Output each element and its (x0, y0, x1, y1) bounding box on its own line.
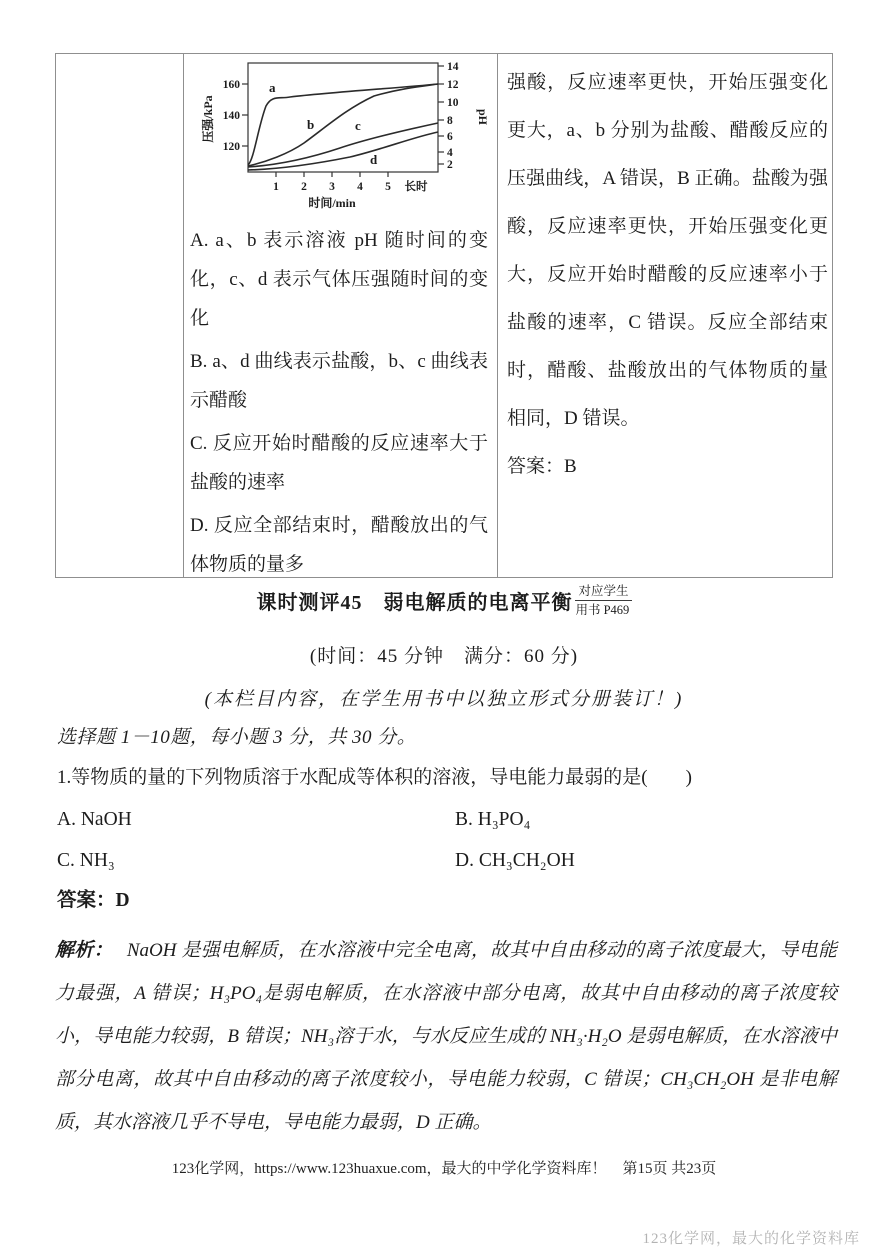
left-axis-title: 压强/kPa (200, 95, 215, 142)
section-heading: 课时测评45 弱电解质的电离平衡 对应学生 用书 P469 (0, 583, 888, 619)
table-option-c: C. 反应开始时醋酸的反应速率大于盐酸的速率 (190, 424, 488, 502)
curve-b-label: b (307, 117, 314, 132)
x-tick-4: 4 (357, 181, 363, 193)
left-tick-160: 160 (223, 79, 241, 91)
q1-option-d: D. CH₃CH₂OH (455, 847, 837, 875)
curve-b (248, 84, 438, 166)
curve-c-label: c (355, 118, 361, 133)
question1-stem: 1.等物质的量的下列物质溶于水配成等体积的溶液，导电能力最弱的是( ) (57, 762, 692, 789)
analysis-text: NaOH 是强电解质，在水溶液中完全电离，故其中自由移动的离子浓度最大，导电能力… (55, 940, 837, 1133)
right-tick-14: 14 (447, 61, 459, 73)
left-tick-140: 140 (223, 110, 241, 122)
footer-site-text: 123化学网，https://www.123huaxue.com，最大的中学化学… (172, 1161, 607, 1177)
curve-a (248, 84, 438, 165)
question-cell: 160 140 120 14 12 10 8 6 4 2 (184, 54, 498, 577)
table-empty-cell (56, 54, 184, 577)
right-axis-title: pH (476, 109, 490, 126)
table-answer-value: B (564, 456, 577, 477)
q1-analysis: 解析：NaOH 是强电解质，在水溶液中完全电离，故其中自由移动的离子浓度最大，导… (55, 929, 837, 1144)
x-tick-longtime: 长时 (405, 179, 428, 193)
x-tick-3: 3 (329, 181, 335, 193)
watermark-text: 123化学网，最大的化学资料库 (642, 1227, 860, 1248)
right-tick-12: 12 (447, 79, 459, 91)
x-tick-1: 1 (273, 181, 279, 193)
q1-option-a: A. NaOH (57, 806, 455, 834)
explanation-text: 强酸，反应速率更快，开始压强变化更大，a、b 分别为盐酸、醋酸反应的压强曲线，A… (507, 59, 828, 443)
question1-options: A. NaOH B. H₃PO₄ C. NH₃ D. CH₃CH₂OH (57, 806, 837, 875)
q1-answer-line: 答案：D (57, 884, 130, 912)
table-option-a: A. a、b 表示溶液 pH 随时间的变化，c、d 表示气体压强随时间的变化 (190, 221, 488, 338)
right-tick-4: 4 (447, 147, 453, 159)
page-number: 第15页 共23页 (623, 1161, 717, 1177)
analysis-label: 解析： (55, 940, 113, 961)
time-score-line: (时间：45 分钟 满分：60 分) (0, 641, 888, 668)
left-tick-120: 120 (223, 141, 241, 153)
table-option-b: B. a、d 曲线表示盐酸，b、c 曲线表示醋酸 (190, 342, 488, 420)
curve-c (248, 123, 438, 167)
x-tick-5: 5 (385, 181, 391, 193)
q1-answer-label: 答案： (57, 890, 116, 911)
right-tick-6: 6 (447, 131, 453, 143)
right-tick-10: 10 (447, 97, 459, 109)
q1-option-b: B. H₃PO₄ (455, 806, 837, 834)
q1-answer-value: D (116, 890, 130, 911)
instruction-line: 选择题 1－10题，每小题 3 分，共 30 分。 (57, 722, 416, 749)
reference-bottom: 用书 P469 (575, 601, 631, 618)
worksheet-page: { "chart_data": { "type": "line", "title… (0, 0, 888, 1255)
q1-option-c: C. NH₃ (57, 847, 455, 875)
curve-d-label: d (370, 152, 378, 167)
question-table: 160 140 120 14 12 10 8 6 4 2 (55, 53, 833, 578)
x-axis-title: 时间/min (308, 195, 356, 210)
pressure-ph-chart: 160 140 120 14 12 10 8 6 4 2 (198, 59, 488, 217)
page-footer: 123化学网，https://www.123huaxue.com，最大的中学化学… (0, 1157, 888, 1178)
curve-a-label: a (269, 80, 276, 95)
explanation-cell: 强酸，反应速率更快，开始压强变化更大，a、b 分别为盐酸、醋酸反应的压强曲线，A… (498, 54, 832, 577)
student-book-reference: 对应学生 用书 P469 (575, 583, 631, 619)
table-option-d: D. 反应全部结束时，醋酸放出的气体物质的量多 (190, 506, 488, 577)
binding-note-line: (本栏目内容，在学生用书中以独立形式分册装订！) (0, 684, 888, 711)
x-tick-2: 2 (301, 181, 307, 193)
table-answer-label: 答案： (507, 456, 564, 477)
section-title: 课时测评45 弱电解质的电离平衡 (256, 586, 572, 615)
right-tick-2: 2 (447, 159, 453, 171)
table-answer-line: 答案：B (507, 443, 828, 491)
chart-frame (248, 63, 438, 172)
right-tick-8: 8 (447, 115, 453, 127)
reference-top: 对应学生 (575, 583, 631, 601)
